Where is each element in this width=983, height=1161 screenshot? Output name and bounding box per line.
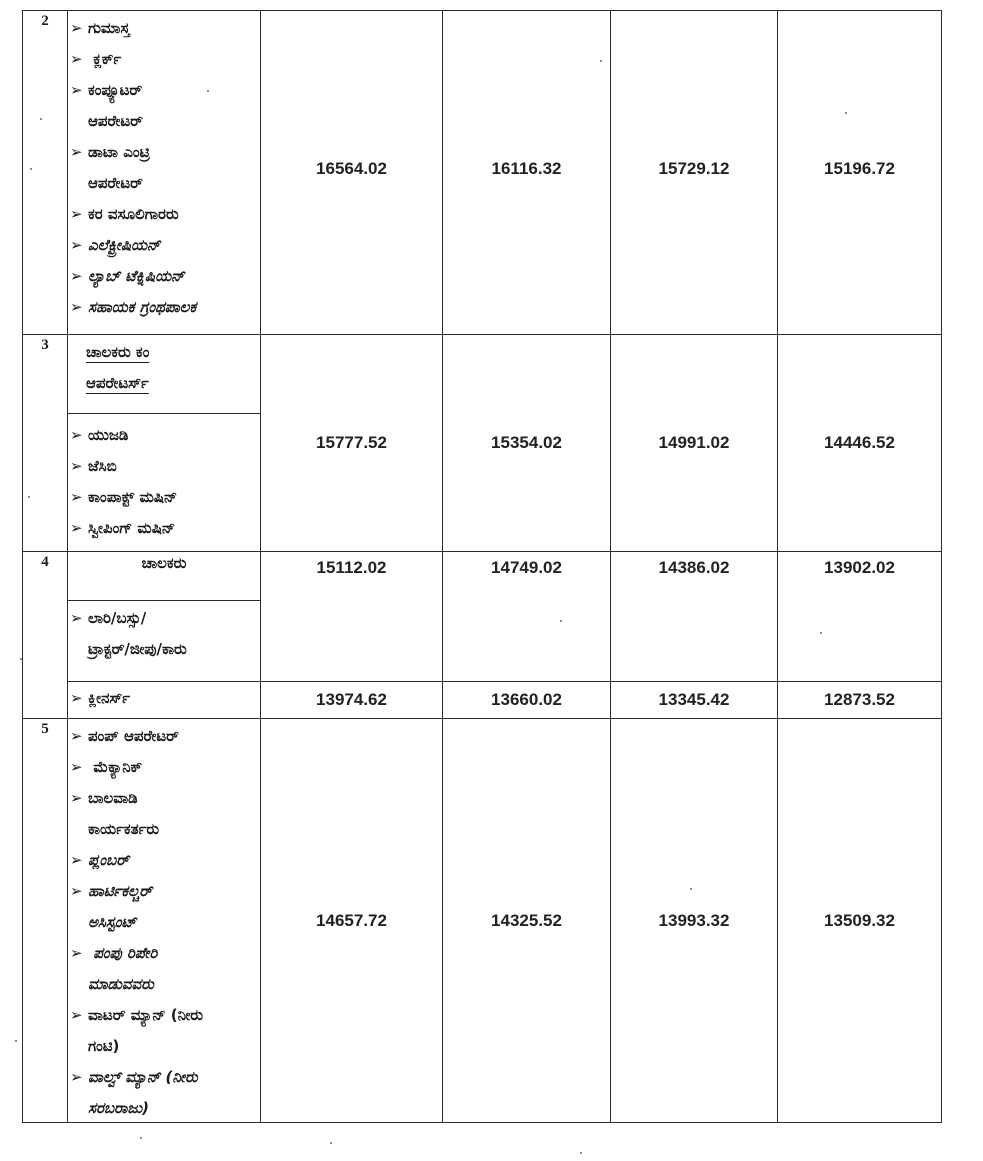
row-5-scale-2: 14325.52 [442,718,611,1123]
designation-text: ಎಲೆಕ್ಟ್ರೀಷಿಯನ್ [88,236,160,254]
row-5-scale-4: 13509.32 [777,718,942,1123]
designation-text: ಕಾಂಪಾಕ್ಟ್ ಮಷಿನ್ [88,488,177,506]
designation-text: ವಾಟರ್ ಮ್ಯಾನ್ (ನೀರು [88,1006,203,1024]
designation-item: ➢ವಾಲ್ವ್ ಮ್ಯಾನ್ (ನೀರುಸರಬರಾಜು) [70,1062,260,1124]
designation-text-continued: ಅಸಿಸ್ಟಂಟ್ [70,907,260,938]
row-5-designations: ➢ಪಂಪ್ ಆಪರೇಟರ್➢ ಮೆಕ್ಯಾನಿಕ್➢ಬಾಲವಾಡಿಕಾರ್ಯಕರ… [67,718,261,1123]
bullet-arrow-icon: ➢ [70,451,88,482]
designation-text: ಸಹಾಯಕ ಗ್ರಂಥಪಾಲಕ [88,298,196,316]
row-5-scale-3: 13993.32 [610,718,778,1123]
designation-text: ಲಾರಿ/ಬಸ್ಸು/ [88,609,146,627]
row-4-cleaners-scale-1: 13974.62 [260,681,443,719]
row-4-scale-1: 15112.02 [260,551,443,682]
designation-item: ➢ಜೆಸಿಬಿ [70,451,260,482]
row-2-sno: 2 [22,10,68,335]
designation-text: ಡಾಟಾ ಎಂಟ್ರಿ [88,143,150,161]
row-3-heading-line-2: ಆಪರೇಟರ್ಸ್ [86,368,260,399]
designation-text-continued: ಮಾಡುವವರು [70,969,260,1000]
designation-item: ➢ಡಾಟಾ ಎಂಟ್ರಿಆಪರೇಟರ್ [70,137,260,199]
designation-item: ➢ಲಾರಿ/ಬಸ್ಸು/ಟ್ರಾಕ್ಟರ್/ಜೀಪು/ಕಾರು [70,603,260,665]
designation-item: ➢ಎಲೆಕ್ಟ್ರೀಷಿಯನ್ [70,230,260,261]
bullet-arrow-icon: ➢ [70,876,88,907]
designation-text-continued: ಆಪರೇಟರ್ [70,168,260,199]
designation-item: ➢ ಕ್ಲರ್ಕ್ [70,44,260,75]
designation-text: ಗುಮಾಸ್ತ [88,19,130,37]
row-2-designations: ➢ಗುಮಾಸ್ತ➢ ಕ್ಲರ್ಕ್➢ಕಂಪ್ಯೂಟರ್ಆಪರೇಟರ್➢ಡಾಟಾ … [67,10,261,335]
bullet-arrow-icon: ➢ [70,75,88,106]
designation-item: ➢ಕಾಂಪಾಕ್ಟ್ ಮಷಿನ್ [70,482,260,513]
designation-item: ➢ಬಾಲವಾಡಿಕಾರ್ಯಕರ್ತರು [70,783,260,845]
row-2-scale-4: 15196.72 [777,10,942,335]
row-3-scale-3: 14991.02 [610,334,778,552]
bullet-arrow-icon: ➢ [70,938,88,969]
row-3-heading: ಚಾಲಕರು ಕಂ ಆಪರೇಟರ್ಸ್ [67,334,261,414]
designation-item: ➢ಸ್ವೀಪಿಂಗ್ ಮಷಿನ್ [70,513,260,544]
bullet-arrow-icon: ➢ [70,783,88,814]
designation-item: ➢ಸಹಾಯಕ ಗ್ರಂಥಪಾಲಕ [70,292,260,323]
bullet-arrow-icon: ➢ [70,199,88,230]
designation-text-continued: ಟ್ರಾಕ್ಟರ್/ಜೀಪು/ಕಾರು [70,634,260,665]
designation-item: ➢ಪ್ಲಂಬರ್ [70,845,260,876]
designation-item: ➢ವಾಟರ್ ಮ್ಯಾನ್ (ನೀರುಗಂಟಿ) [70,1000,260,1062]
bullet-arrow-icon: ➢ [70,292,88,323]
designation-item: ➢ಪಂಪ್ ಆಪರೇಟರ್ [70,721,260,752]
designation-item: ➢ಲ್ಯಾಬ್ ಟೆಕ್ನಿಷಿಯನ್ [70,261,260,292]
designation-text: ಪಂಪು ರಿಪೇರಿ [88,944,157,962]
row-3-scale-2: 15354.02 [442,334,611,552]
bullet-arrow-icon: ➢ [70,137,88,168]
row-4-sub-item: ➢ಲಾರಿ/ಬಸ್ಸು/ಟ್ರಾಕ್ಟರ್/ಜೀಪು/ಕಾರು [67,600,261,682]
designation-text: ವಾಲ್ವ್ ಮ್ಯಾನ್ (ನೀರು [88,1068,198,1086]
row-5-sno: 5 [22,718,68,1123]
row-4-cleaners-scale-3: 13345.42 [610,681,778,719]
bullet-arrow-icon: ➢ [70,1000,88,1031]
designation-text-continued: ಆಪರೇಟರ್ [70,106,260,137]
row-4-scale-4: 13902.02 [777,551,942,682]
row-4-scale-2: 14749.02 [442,551,611,682]
row-2-scale-2: 16116.32 [442,10,611,335]
cleaners-label-text: ಕ್ಲೀನರ್ಸ್ [88,689,130,707]
row-3-sno: 3 [22,334,68,552]
bullet-arrow-icon: ➢ [70,513,88,544]
designation-item: ➢ ಪಂಪು ರಿಪೇರಿಮಾಡುವವರು [70,938,260,1000]
designation-text: ಬಾಲವಾಡಿ [88,789,138,807]
row-3-designations: ➢ಯುಜಡಿ➢ಜೆಸಿಬಿ➢ಕಾಂಪಾಕ್ಟ್ ಮಷಿನ್➢ಸ್ವೀಪಿಂಗ್ … [67,413,261,552]
designation-item: ➢ಕರ ವಸೂಲಿಗಾರರು [70,199,260,230]
row-3-heading-line-1: ಚಾಲಕರು ಕಂ [86,337,260,368]
designation-item: ➢ಹಾರ್ಟಿಕಲ್ಚರ್ಅಸಿಸ್ಟಂಟ್ [70,876,260,938]
row-4-sno: 4 [22,551,68,719]
designation-text: ಹಾರ್ಟಿಕಲ್ಚರ್ [88,882,152,900]
row-4-cleaners-scale-2: 13660.02 [442,681,611,719]
designation-item: ➢ ಮೆಕ್ಯಾನಿಕ್ [70,752,260,783]
designation-item: ➢ಗುಮಾಸ್ತ [70,13,260,44]
designation-text: ಸ್ವೀಪಿಂಗ್ ಮಷಿನ್ [88,519,175,537]
designation-text-continued: ಕಾರ್ಯಕರ್ತರು [70,814,260,845]
bullet-arrow-icon: ➢ [70,752,88,783]
designation-text: ಕ್ಲರ್ಕ್ [88,50,121,68]
designation-text: ಪ್ಲಂಬರ್ [88,851,129,869]
bullet-arrow-icon: ➢ [70,13,88,44]
row-4-scale-3: 14386.02 [610,551,778,682]
row-2-scale-1: 16564.02 [260,10,443,335]
designation-text: ಯುಜಡಿ [88,426,128,444]
row-2-scale-3: 15729.12 [610,10,778,335]
bullet-arrow-icon: ➢ [70,603,88,634]
designation-text: ಕರ ವಸೂಲಿಗಾರರು [88,205,179,223]
pay-scale-table: 2 ➢ಗುಮಾಸ್ತ➢ ಕ್ಲರ್ಕ್➢ಕಂಪ್ಯೂಟರ್ಆಪರೇಟರ್➢ಡಾಟ… [22,10,942,1123]
row-4-cleaners-label: ➢ಕ್ಲೀನರ್ಸ್ [67,681,261,719]
bullet-arrow-icon: ➢ [70,261,88,292]
bullet-arrow-icon: ➢ [70,1062,88,1093]
row-3-scale-1: 15777.52 [260,334,443,552]
designation-item: ➢ಯುಜಡಿ [70,420,260,451]
designation-text: ಲ್ಯಾಬ್ ಟೆಕ್ನಿಷಿಯನ್ [88,267,184,285]
designation-text: ಕಂಪ್ಯೂಟರ್ [88,81,142,99]
designation-text: ಜೆಸಿಬಿ [88,457,117,475]
row-4-heading: ಚಾಲಕರು [67,551,261,601]
bullet-arrow-icon: ➢ [70,44,88,75]
designation-item: ➢ಕಂಪ್ಯೂಟರ್ಆಪರೇಟರ್ [70,75,260,137]
designation-text: ಮೆಕ್ಯಾನಿಕ್ [88,758,142,776]
row-5-scale-1: 14657.72 [260,718,443,1123]
designation-text: ಪಂಪ್ ಆಪರೇಟರ್ [88,727,179,745]
row-3-scale-4: 14446.52 [777,334,942,552]
designation-text-continued: ಸರಬರಾಜು) [70,1093,260,1124]
bullet-arrow-icon: ➢ [70,721,88,752]
row-4-cleaners-scale-4: 12873.52 [777,681,942,719]
bullet-arrow-icon: ➢ [70,845,88,876]
bullet-arrow-icon: ➢ [70,420,88,451]
designation-text-continued: ಗಂಟಿ) [70,1031,260,1062]
bullet-arrow-icon: ➢ [70,684,88,712]
bullet-arrow-icon: ➢ [70,482,88,513]
bullet-arrow-icon: ➢ [70,230,88,261]
